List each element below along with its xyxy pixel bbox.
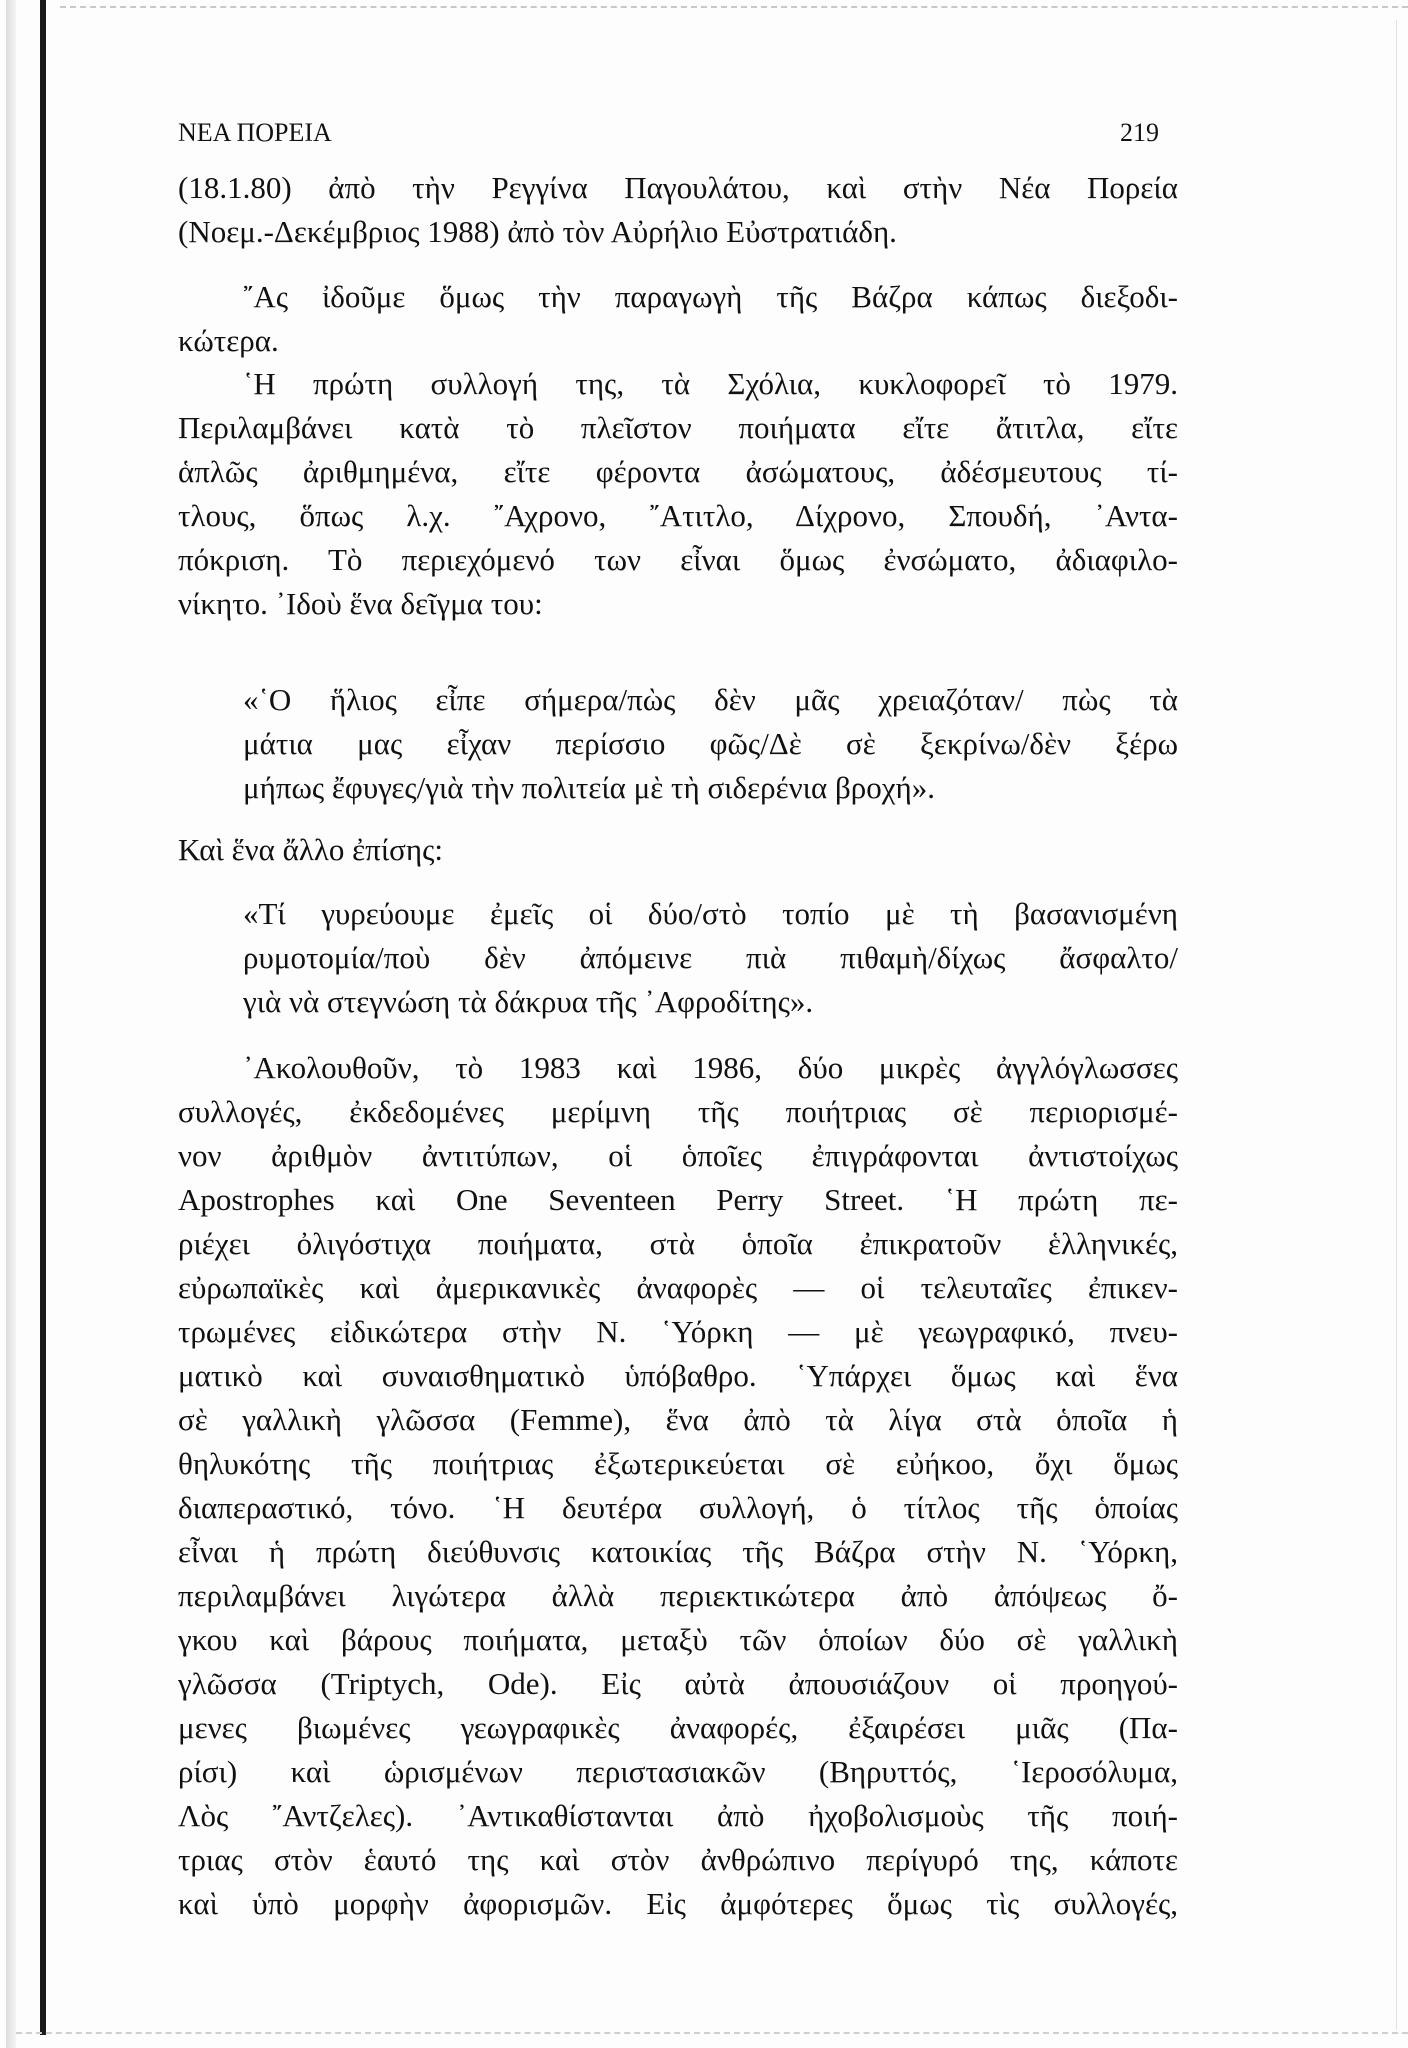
text-line: νον ἀριθμὸν ἀντιτύπων, οἱ ὁποῖες ἐπιγράφ… xyxy=(178,1136,1178,1176)
text-line: (18.1.80) ἀπὸ τὴν Ρεγγίνα Παγουλάτου, κα… xyxy=(178,168,1178,208)
quote-line: γιὰ νὰ στεγνώση τὰ δάκρυα τῆς ᾿Αφροδίτης… xyxy=(243,982,1178,1022)
page-number: 219 xyxy=(1120,118,1159,148)
text-line: περιλαμβάνει λιγώτερα ἀλλὰ περιεκτικώτερ… xyxy=(178,1576,1178,1616)
text-line: διαπεραστικό, τόνο. ῾Η δευτέρα συλλογή, … xyxy=(178,1488,1178,1528)
text-line: τρωμένες εἰδικώτερα στὴν Ν. ῾Υόρκη — μὲ … xyxy=(178,1312,1178,1352)
text-line: τλους, ὅπως λ.χ. ῎Αχρονο, ῎Ατιτλο, Δίχρο… xyxy=(178,496,1178,536)
quote-line: ρυμοτομία/ποὺ δὲν ἀπόμεινε πιὰ πιθαμὴ/δί… xyxy=(243,938,1178,978)
text-line: ᾿Ακολουθοῦν, τὸ 1983 καὶ 1986, δύο μικρὲ… xyxy=(243,1048,1178,1088)
text-line: θηλυκότης τῆς ποιήτριας ἐξωτερικεύεται σ… xyxy=(178,1444,1178,1484)
quote-line: «Τί γυρεύουμε ἐμεῖς οἱ δύο/στὸ τοπίο μὲ … xyxy=(243,894,1178,934)
text-line: γκου καὶ βάρους ποιήματα, μεταξὺ τῶν ὁπο… xyxy=(178,1620,1178,1660)
text-line: εἶναι ἡ πρώτη διεύθυνσις κατοικίας τῆς Β… xyxy=(178,1532,1178,1572)
running-title: ΝΕΑ ΠΟΡΕΙΑ xyxy=(178,118,332,148)
text-line: γλῶσσα (Triptych, Ode). Εἰς αὐτὰ ἀπουσιά… xyxy=(178,1664,1178,1704)
text-line: κώτερα. xyxy=(178,321,1178,361)
text-line: ῾Η πρώτη συλλογή της, τὰ Σχόλια, κυκλοφο… xyxy=(243,364,1178,404)
text-line: συλλογές, ἐκδεδομένες μερίμνη τῆς ποιήτρ… xyxy=(178,1092,1178,1132)
page-right-edge xyxy=(1396,20,1397,2030)
quote-line: μήπως ἔφυγες/γιὰ τὴν πολιτεία μὲ τὴ σιδε… xyxy=(243,768,1178,808)
quote-line: μάτια μας εἶχαν περίσσιο φῶς/Δὲ σὲ ξεκρί… xyxy=(243,724,1178,764)
text-line: ρίσι) καὶ ὡρισμένων περιστασιακῶν (Βηρυτ… xyxy=(178,1752,1178,1792)
text-line: ῎Ας ἰδοῦμε ὅμως τὴν παραγωγὴ τῆς Βάζρα κ… xyxy=(243,277,1178,317)
text-line: τριας στὸν ἑαυτό της καὶ στὸν ἀνθρώπινο … xyxy=(178,1840,1178,1880)
page-left-edge xyxy=(40,0,46,2035)
text-line: Καὶ ἕνα ἄλλο ἐπίσης: xyxy=(178,830,1178,870)
text-line: μενες βιωμένες γεωγραφικὲς ἀναφορές, ἐξα… xyxy=(178,1708,1178,1748)
text-line: (Νοεμ.-Δεκέμβριος 1988) ἀπὸ τὸν Αὐρήλιο … xyxy=(178,212,1178,252)
quote-line: «῾Ο ἥλιος εἶπε σήμερα/πὼς δὲν μᾶς χρειαζ… xyxy=(243,680,1178,720)
text-line: ἁπλῶς ἀριθμημένα, εἴτε φέροντα ἀσώματους… xyxy=(178,452,1178,492)
page-bottom-edge xyxy=(16,2032,1408,2034)
text-line: Περιλαμβάνει κατὰ τὸ πλεῖστον ποιήματα ε… xyxy=(178,408,1178,448)
text-line: εὐρωπαϊκὲς καὶ ἀμερικανικὲς ἀναφορὲς — ο… xyxy=(178,1268,1178,1308)
text-line: ριέχει ὀλιγόστιχα ποιήματα, στὰ ὁποῖα ἐπ… xyxy=(178,1224,1178,1264)
text-line: καὶ ὑπὸ μορφὴν ἀφορισμῶν. Εἰς ἀμφότερες … xyxy=(178,1884,1178,1924)
text-line: σὲ γαλλικὴ γλῶσσα (Femme), ἕνα ἀπὸ τὰ λί… xyxy=(178,1400,1178,1440)
text-line: πόκριση. Τὸ περιεχόμενό των εἶναι ὅμως ἐ… xyxy=(178,540,1178,580)
text-line: Λὸς ῎Αντζελες). ᾿Αντικαθίστανται ἀπὸ ἠχο… xyxy=(178,1796,1178,1836)
text-line: νίκητο. ᾿Ιδοὺ ἕνα δεῖγμα του: xyxy=(178,584,1178,624)
text-line: Apostrophes καὶ One Seventeen Perry Stre… xyxy=(178,1180,1178,1220)
page-top-edge xyxy=(60,6,1408,8)
text-line: ματικὸ καὶ συναισθηματικὸ ὑπόβαθρο. ῾Υπά… xyxy=(178,1356,1178,1396)
scan-left-shadow xyxy=(6,0,16,2048)
